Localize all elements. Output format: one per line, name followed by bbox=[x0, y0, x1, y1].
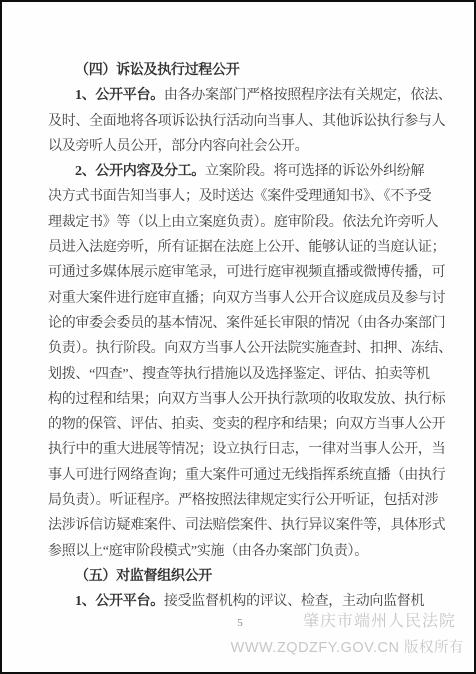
body-text: 的物的保管、评估、拍卖、变卖的程序和结果；向双方当事人公开 bbox=[48, 417, 445, 432]
text-line: 法涉诉信访疑难案件、司法赔偿案件、执行异议案件等，具体形式 bbox=[48, 513, 450, 538]
body-text: 构的过程和结果；向双方当事人公开执行款项的收取发放、执行标 bbox=[48, 392, 445, 407]
body-text: 论的审委会委员的基本情况、案件延长审限的情况（由各办案部门 bbox=[48, 316, 445, 331]
emphasized-text: 1、公开平台。 bbox=[75, 594, 164, 609]
watermark-copyright: WWW.ZQDZFY.GOV.CN 版权所有 bbox=[231, 635, 464, 661]
text-line: 可通过多媒体展示庭审笔录，可进行庭审视频直播或微博传播，可 bbox=[48, 260, 450, 285]
text-line: 及时、全面地将各项诉讼执行活动向当事人、其他诉讼执行参与人 bbox=[48, 109, 450, 134]
body-text: 及时、全面地将各项诉讼执行活动向当事人、其他诉讼执行参与人 bbox=[48, 114, 445, 129]
text-line: 划拨、“四查”、搜查等执行措施以及选择鉴定、评估、拍卖等机 bbox=[48, 362, 450, 387]
emphasized-text: （五）对监督组织公开 bbox=[75, 569, 212, 584]
body-text: 以及旁听人员公开，部分内容向社会公开。 bbox=[48, 139, 308, 154]
watermark: 肇庆市端州人民法院 WWW.ZQDZFY.GOV.CN 版权所有 bbox=[231, 608, 464, 661]
document-page: （四）诉讼及执行过程公开1、公开平台。由各办案部门严格按照程序法有关规定，依法、… bbox=[0, 0, 476, 674]
text-line: 决方式书面告知当事人；及时送达《案件受理通知书》、《不予受 bbox=[48, 184, 450, 209]
text-line: 构的过程和结果；向双方当事人公开执行款项的收取发放、执行标 bbox=[48, 387, 450, 412]
document-body: （四）诉讼及执行过程公开1、公开平台。由各办案部门严格按照程序法有关规定，依法、… bbox=[48, 58, 450, 615]
body-text: 划拨、“四查”、搜查等执行措施以及选择鉴定、评估、拍卖等机 bbox=[48, 367, 430, 382]
body-text: 参照以上“庭审阶段模式”实施（由各办案部门负责）。 bbox=[48, 544, 368, 559]
emphasized-text: 2、公开内容及分工。 bbox=[75, 164, 205, 179]
section-heading: （四）诉讼及执行过程公开 bbox=[48, 58, 450, 83]
text-line: 执行中的重大进展等情况；设立执行日志，一律对当事人公开，当 bbox=[48, 437, 450, 462]
body-text: 接受监督机构的评议、检查，主动向监督机 bbox=[164, 594, 424, 609]
emphasized-text: 1、公开平台。 bbox=[75, 88, 164, 103]
body-text: 事人可进行网络查询；重大案件可通过无线指挥系统直播（由执行 bbox=[48, 468, 445, 483]
body-text: 法涉诉信访疑难案件、司法赔偿案件、执行异议案件等，具体形式 bbox=[48, 518, 445, 533]
text-line: 理裁定书》等（以上由立案庭负责）。庭审阶段。依法允许旁听人 bbox=[48, 210, 450, 235]
body-text: 理裁定书》等（以上由立案庭负责）。庭审阶段。依法允许旁听人 bbox=[48, 215, 438, 230]
body-text: 执行中的重大进展等情况；设立执行日志，一律对当事人公开，当 bbox=[48, 442, 445, 457]
body-text: 员进入法庭旁听，所有证据在法庭上公开、能够认证的当庭认证； bbox=[48, 240, 445, 255]
body-text: 立案阶段。将可选择的诉讼外纠纷解 bbox=[205, 164, 424, 179]
text-line: 论的审委会委员的基本情况、案件延长审限的情况（由各办案部门 bbox=[48, 311, 450, 336]
text-line: 1、公开平台。由各办案部门严格按照程序法有关规定，依法、 bbox=[48, 83, 450, 108]
text-line: 以及旁听人员公开，部分内容向社会公开。 bbox=[48, 134, 450, 159]
text-line: 的物的保管、评估、拍卖、变卖的程序和结果；向双方当事人公开 bbox=[48, 412, 450, 437]
text-line: 负责）。执行阶段。向双方当事人公开法院实施查封、扣押、冻结、 bbox=[48, 336, 450, 361]
body-text: 局负责）。听证程序。严格按照法律规定实行公开听证，包括对涉 bbox=[48, 493, 438, 508]
text-line: 2、公开内容及分工。立案阶段。将可选择的诉讼外纠纷解 bbox=[48, 159, 450, 184]
body-text: 可通过多媒体展示庭审笔录，可进行庭审视频直播或微博传播，可 bbox=[48, 265, 445, 280]
text-line: 事人可进行网络查询；重大案件可通过无线指挥系统直播（由执行 bbox=[48, 463, 450, 488]
body-text: 由各办案部门严格按照程序法有关规定，依法、 bbox=[164, 88, 452, 103]
section-heading: （五）对监督组织公开 bbox=[48, 564, 450, 589]
watermark-court-name: 肇庆市端州人民法院 bbox=[231, 608, 456, 635]
body-text: 负责）。执行阶段。向双方当事人公开法院实施查封、扣押、冻结、 bbox=[48, 341, 452, 356]
emphasized-text: （四）诉讼及执行过程公开 bbox=[75, 63, 239, 78]
text-line: 参照以上“庭审阶段模式”实施（由各办案部门负责）。 bbox=[48, 539, 450, 564]
text-line: 员进入法庭旁听，所有证据在法庭上公开、能够认证的当庭认证； bbox=[48, 235, 450, 260]
body-text: 对重大案件进行庭审直播；向双方当事人公开合议庭成员及参与讨 bbox=[48, 291, 445, 306]
body-text: 决方式书面告知当事人；及时送达《案件受理通知书》、《不予受 bbox=[48, 189, 431, 204]
text-line: 局负责）。听证程序。严格按照法律规定实行公开听证，包括对涉 bbox=[48, 488, 450, 513]
text-line: 对重大案件进行庭审直播；向双方当事人公开合议庭成员及参与讨 bbox=[48, 286, 450, 311]
